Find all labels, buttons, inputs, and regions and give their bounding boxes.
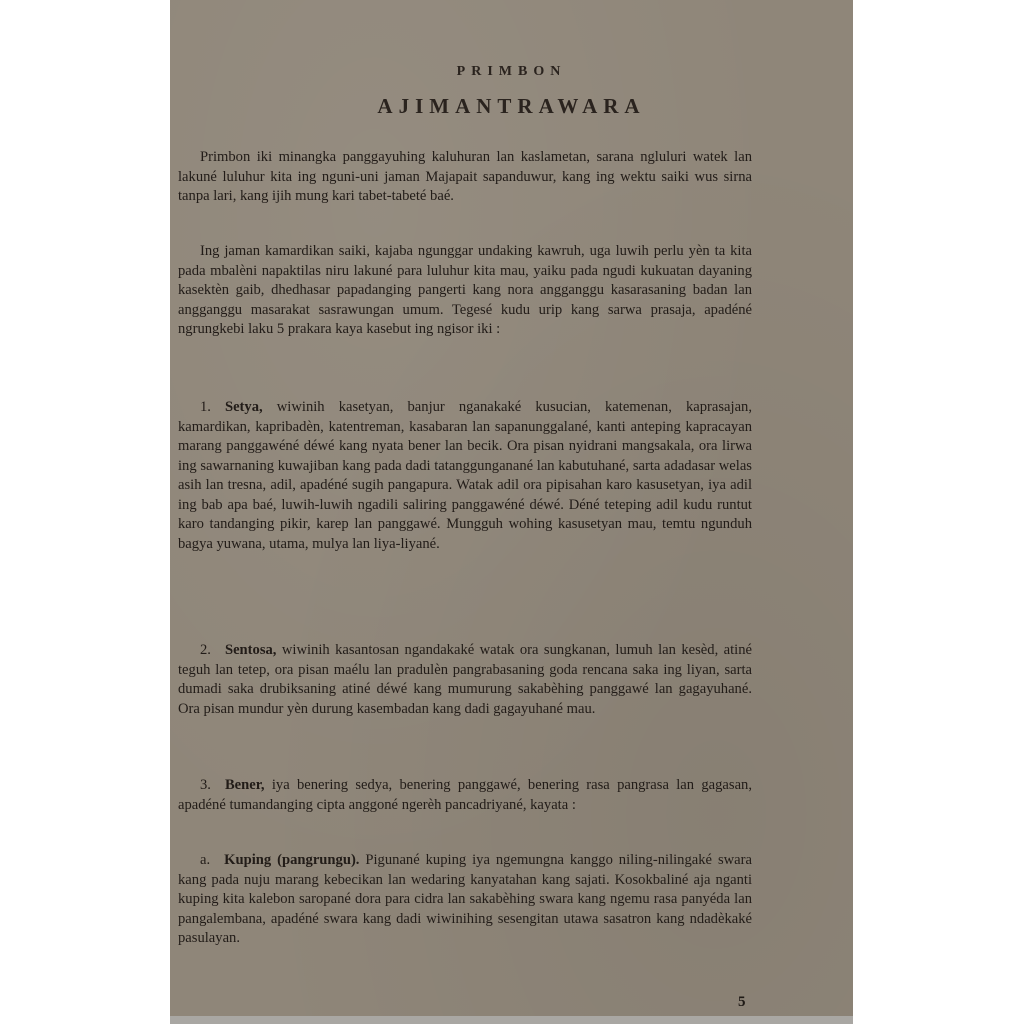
item-term: Kuping (pangrungu). bbox=[224, 852, 359, 868]
item-text: iya benering sedya, benering panggawé, b… bbox=[178, 777, 752, 813]
page-number: 5 bbox=[738, 994, 746, 1011]
paragraph-intro-text: Primbon iki minangka panggayuhing kaluhu… bbox=[178, 148, 752, 207]
page-title: AJIMANTRAWARA bbox=[170, 94, 853, 119]
paragraph-context-text: Ing jaman kamardikan saiki, kajaba ngung… bbox=[178, 242, 752, 340]
item-number: 2. bbox=[200, 642, 211, 658]
list-item-sentosa: 2.Sentosa, wiwinih kasantosan ngandakaké… bbox=[178, 641, 752, 719]
paragraph-context: Ing jaman kamardikan saiki, kajaba ngung… bbox=[178, 242, 752, 340]
item-number: 1. bbox=[200, 399, 211, 415]
item-number: a. bbox=[200, 852, 210, 868]
item-text: wiwinih kasetyan, banjur nganakaké kusuc… bbox=[178, 399, 752, 552]
item-number: 3. bbox=[200, 777, 211, 793]
item-term: Bener, bbox=[225, 777, 265, 793]
list-item-kuping: a.Kuping (pangrungu). Pigunané kuping iy… bbox=[178, 851, 752, 949]
item-term: Setya, bbox=[225, 399, 263, 415]
scan-bottom-edge bbox=[170, 1016, 853, 1024]
paragraph-intro: Primbon iki minangka panggayuhing kaluhu… bbox=[178, 148, 752, 207]
list-item-setya: 1.Setya, wiwinih kasetyan, banjur nganak… bbox=[178, 398, 752, 554]
item-term: Sentosa, bbox=[225, 642, 277, 658]
book-page: PRIMBON AJIMANTRAWARA Primbon iki minang… bbox=[170, 0, 853, 1018]
page-kicker: PRIMBON bbox=[170, 64, 853, 80]
list-item-bener: 3.Bener, iya benering sedya, benering pa… bbox=[178, 776, 752, 815]
